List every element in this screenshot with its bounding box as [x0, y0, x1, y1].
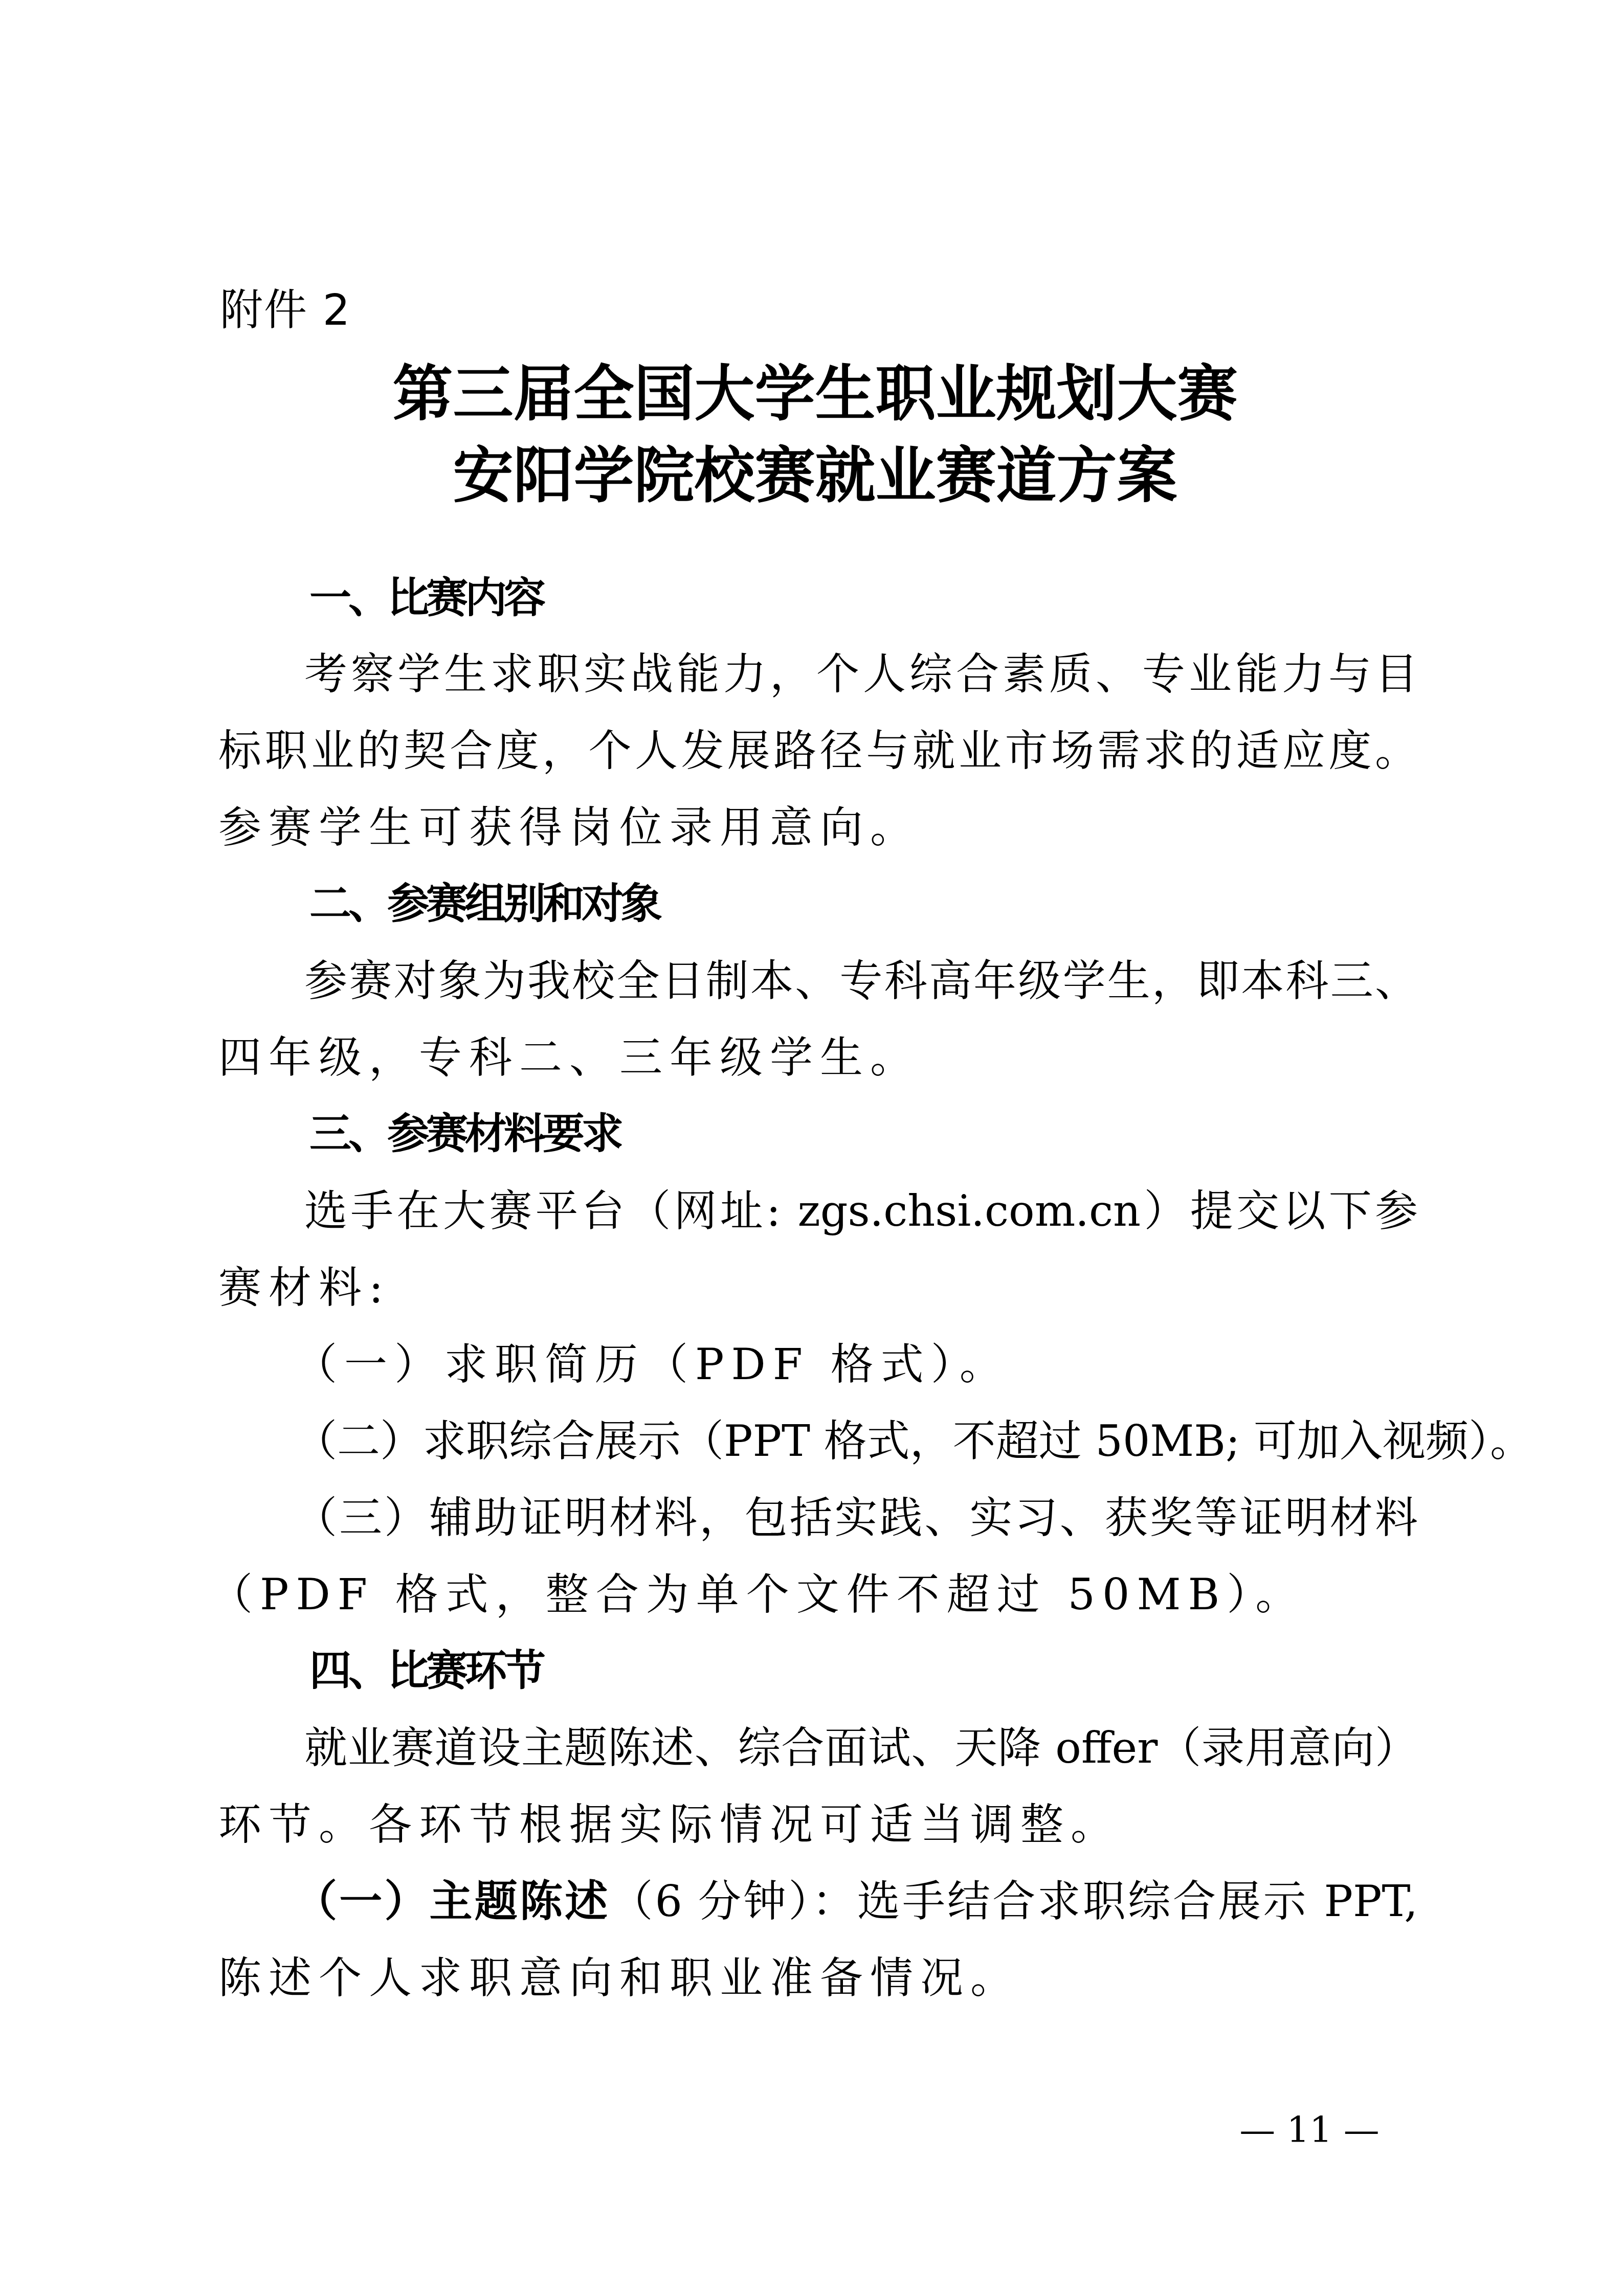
- list-item-presentation: （二）求职综合展示（PPT 格式，不超过 50MB; 可加入视频）。: [294, 1403, 1418, 1479]
- paragraph-line: （PDF 格式，整合为单个文件不超过 50MB）。: [210, 1556, 1305, 1633]
- list-item-resume: （一）求职简历（PDF 格式）。: [294, 1326, 1010, 1403]
- paragraph-line: 标职业的契合度，个人发展路径与就业市场需求的适应度。: [218, 712, 1418, 789]
- document-page: 附件 2 第三届全国大学生职业规划大赛 安阳学院校赛就业赛道方案 一、比赛内容 …: [0, 0, 1624, 2296]
- document-title-line-1: 第三届全国大学生职业规划大赛: [0, 350, 1624, 437]
- subitem-lead: （一）主题陈述: [294, 1876, 610, 1926]
- page-number: — 11 —: [1238, 2099, 1381, 2160]
- paragraph-line: 陈述个人求职意向和职业准备情况。: [218, 1940, 1020, 2016]
- section-heading-participants: 二、参赛组别和对象: [309, 866, 659, 942]
- document-title-line-2: 安阳学院校赛就业赛道方案: [0, 432, 1624, 519]
- subitem-text: （6 分钟）：选手结合求职综合展示 PPT,: [610, 1876, 1418, 1926]
- subitem-theme-statement: （一）主题陈述（6 分钟）：选手结合求职综合展示 PPT,: [294, 1863, 1418, 1940]
- section-heading-materials: 三、参赛材料要求: [309, 1096, 620, 1173]
- list-item-supporting-materials: （三）辅助证明材料，包括实践、实习、获奖等证明材料: [294, 1479, 1418, 1556]
- paragraph-line: 选手在大赛平台（网址: zgs.chsi.com.cn）提交以下参: [304, 1173, 1418, 1249]
- attachment-label: 附件 2: [220, 272, 351, 348]
- paragraph-line: 参赛学生可获得岗位录用意向。: [218, 789, 920, 866]
- paragraph-line: 就业赛道设主题陈述、综合面试、天降 offer（录用意向）: [304, 1709, 1418, 1786]
- section-heading-content: 一、比赛内容: [309, 560, 543, 637]
- paragraph-line: 赛材料:: [218, 1249, 390, 1326]
- section-heading-stages: 四、比赛环节: [309, 1633, 543, 1709]
- paragraph-line: 环节。各环节根据实际情况可适当调整。: [218, 1786, 1121, 1863]
- paragraph-line: 参赛对象为我校全日制本、专科高年级学生，即本科三、: [304, 942, 1418, 1019]
- paragraph-line: 四年级，专科二、三年级学生。: [218, 1019, 920, 1096]
- paragraph-line: 考察学生求职实战能力，个人综合素质、专业能力与目: [304, 636, 1418, 712]
